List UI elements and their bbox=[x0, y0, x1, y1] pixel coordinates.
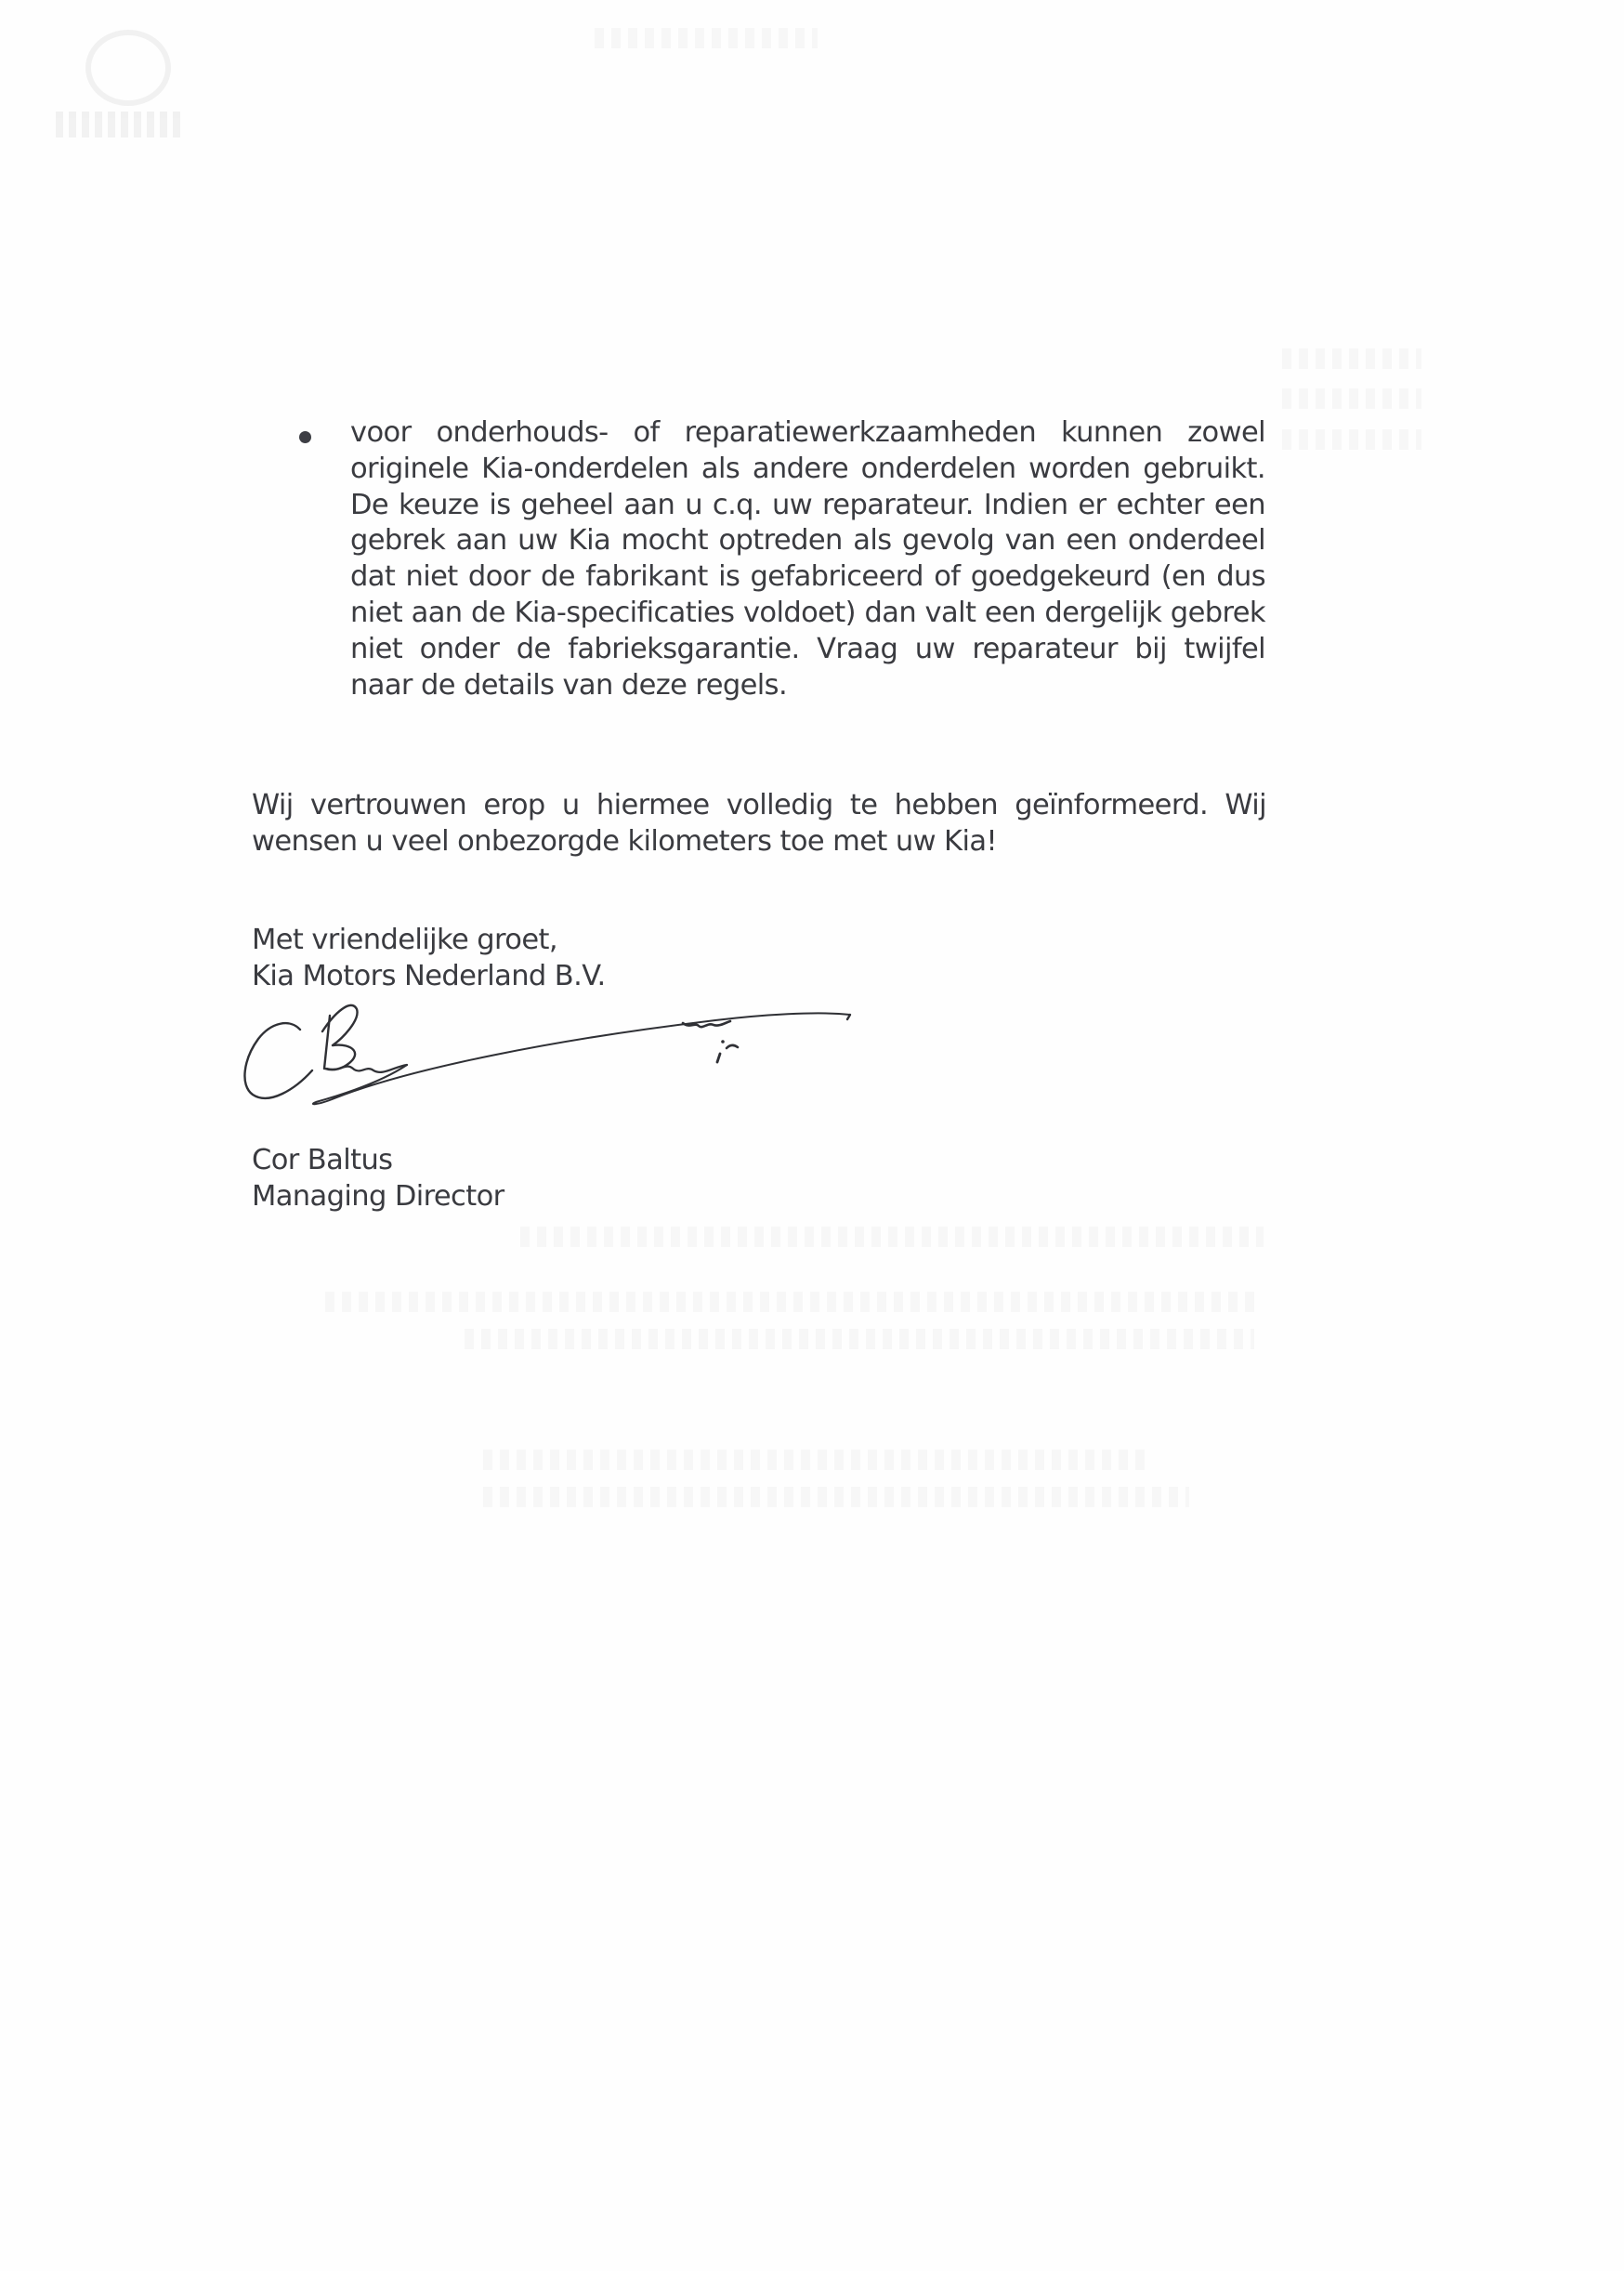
faint-logo-icon bbox=[56, 19, 186, 158]
scan-artifact bbox=[1282, 348, 1421, 369]
letter-page: voor onderhouds- of reparatiewerkzaamhed… bbox=[0, 0, 1624, 2271]
scan-artifact bbox=[1282, 429, 1421, 450]
scan-artifact bbox=[465, 1329, 1254, 1349]
scan-artifact bbox=[483, 1450, 1152, 1470]
greeting-block: Met vriendelijke groet, Kia Motors Neder… bbox=[252, 923, 606, 995]
salutation: Met vriendelijke groet, bbox=[252, 923, 606, 959]
scan-artifact bbox=[595, 28, 818, 48]
signature-icon bbox=[232, 985, 864, 1124]
scan-artifact bbox=[520, 1227, 1264, 1247]
signatory-name: Cor Baltus bbox=[252, 1143, 504, 1179]
bullet-item: voor onderhouds- of reparatiewerkzaamhed… bbox=[350, 415, 1265, 703]
closing-paragraph: Wij vertrouwen erop u hiermee volledig t… bbox=[252, 788, 1266, 860]
signatory-block: Cor Baltus Managing Director bbox=[252, 1143, 504, 1215]
signatory-title: Managing Director bbox=[252, 1179, 504, 1215]
scan-artifact bbox=[483, 1487, 1189, 1507]
bullet-icon bbox=[299, 431, 311, 443]
scan-artifact bbox=[325, 1292, 1254, 1312]
scan-artifact bbox=[1282, 388, 1421, 409]
